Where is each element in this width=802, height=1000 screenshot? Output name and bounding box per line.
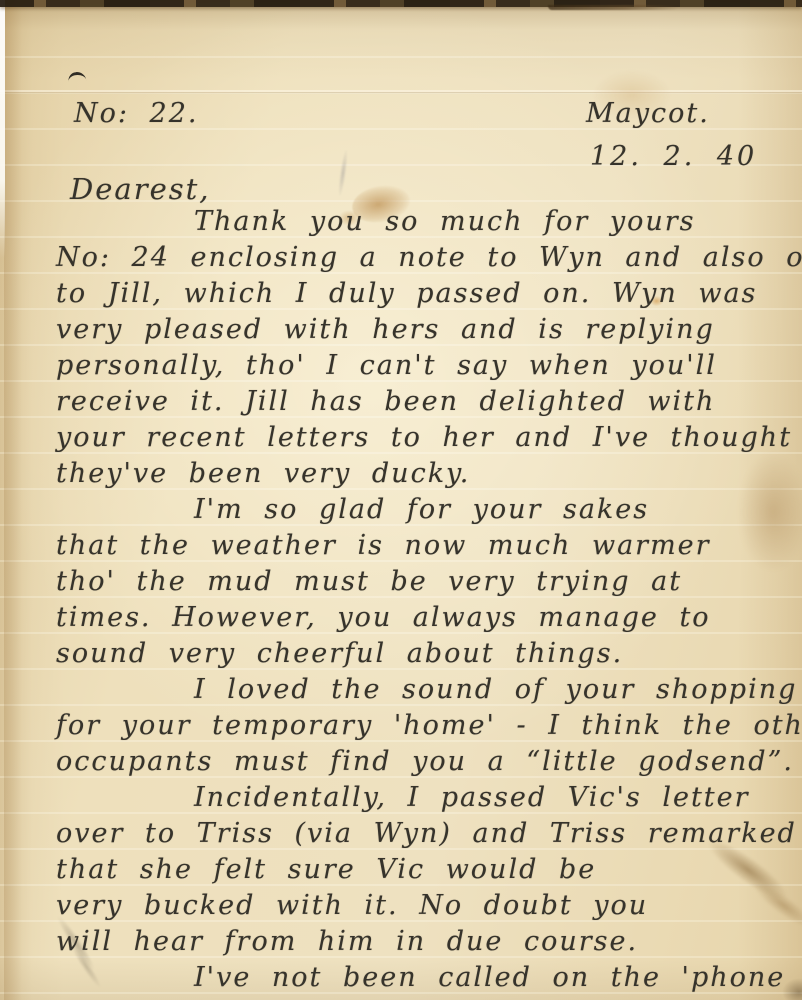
letter-line: for your temporary 'home' - I think the … — [56, 708, 796, 744]
letter-line: they've been very ducky. — [56, 456, 796, 492]
torn-top-edge — [0, 0, 802, 7]
letter-line: very pleased with hers and is replying — [56, 312, 796, 348]
letter-date: 12. 2. 40 — [590, 141, 757, 172]
letter-line: Thank you so much for yours — [56, 204, 796, 240]
horizontal-crease — [0, 90, 802, 92]
letter-line: I'm so glad for your sakes — [56, 492, 796, 528]
letter-line: sound very cheerful about things. — [56, 636, 796, 672]
letter-line: that the weather is now much warmer — [56, 528, 796, 564]
letter-number: No: 22. — [74, 98, 199, 129]
letter-line: occupants must find you a “little godsen… — [56, 744, 796, 780]
letter-line: times. However, you always manage to — [56, 600, 796, 636]
letter-line: tho' the mud must be very trying at — [56, 564, 796, 600]
letter-line: over to Triss (via Wyn) and Triss remark… — [56, 816, 796, 852]
letter-line: personally, tho' I can't say when you'll — [56, 348, 796, 384]
letter-body: Thank you so much for yoursNo: 24 enclos… — [56, 204, 796, 996]
letter-line: No: 24 enclosing a note to Wyn and also … — [56, 240, 796, 276]
letter-photo: { "letter": { "number": "No: 22.", "plac… — [0, 0, 802, 1000]
letter-line: receive it. Jill has been delighted with — [56, 384, 796, 420]
letter-line: your recent letters to her and I've thou… — [56, 420, 796, 456]
letter-line: Incidentally, I passed Vic's letter — [56, 780, 796, 816]
torn-top-edge-right — [548, 5, 678, 10]
left-edge-shading — [4, 0, 22, 1000]
salutation: Dearest, — [70, 172, 210, 206]
letter-line: that she felt sure Vic would be — [56, 852, 796, 888]
letter-line: very bucked with it. No doubt you — [56, 888, 796, 924]
letter-line: will hear from him in due course. — [56, 924, 796, 960]
left-paper-sliver — [0, 0, 5, 258]
letter-line: I loved the sound of your shopping — [56, 672, 796, 708]
letter-place: Maycot. — [586, 98, 710, 129]
letter-line: I've not been called on the 'phone — [56, 960, 796, 996]
letter-line: to Jill, which I duly passed on. Wyn was — [56, 276, 796, 312]
